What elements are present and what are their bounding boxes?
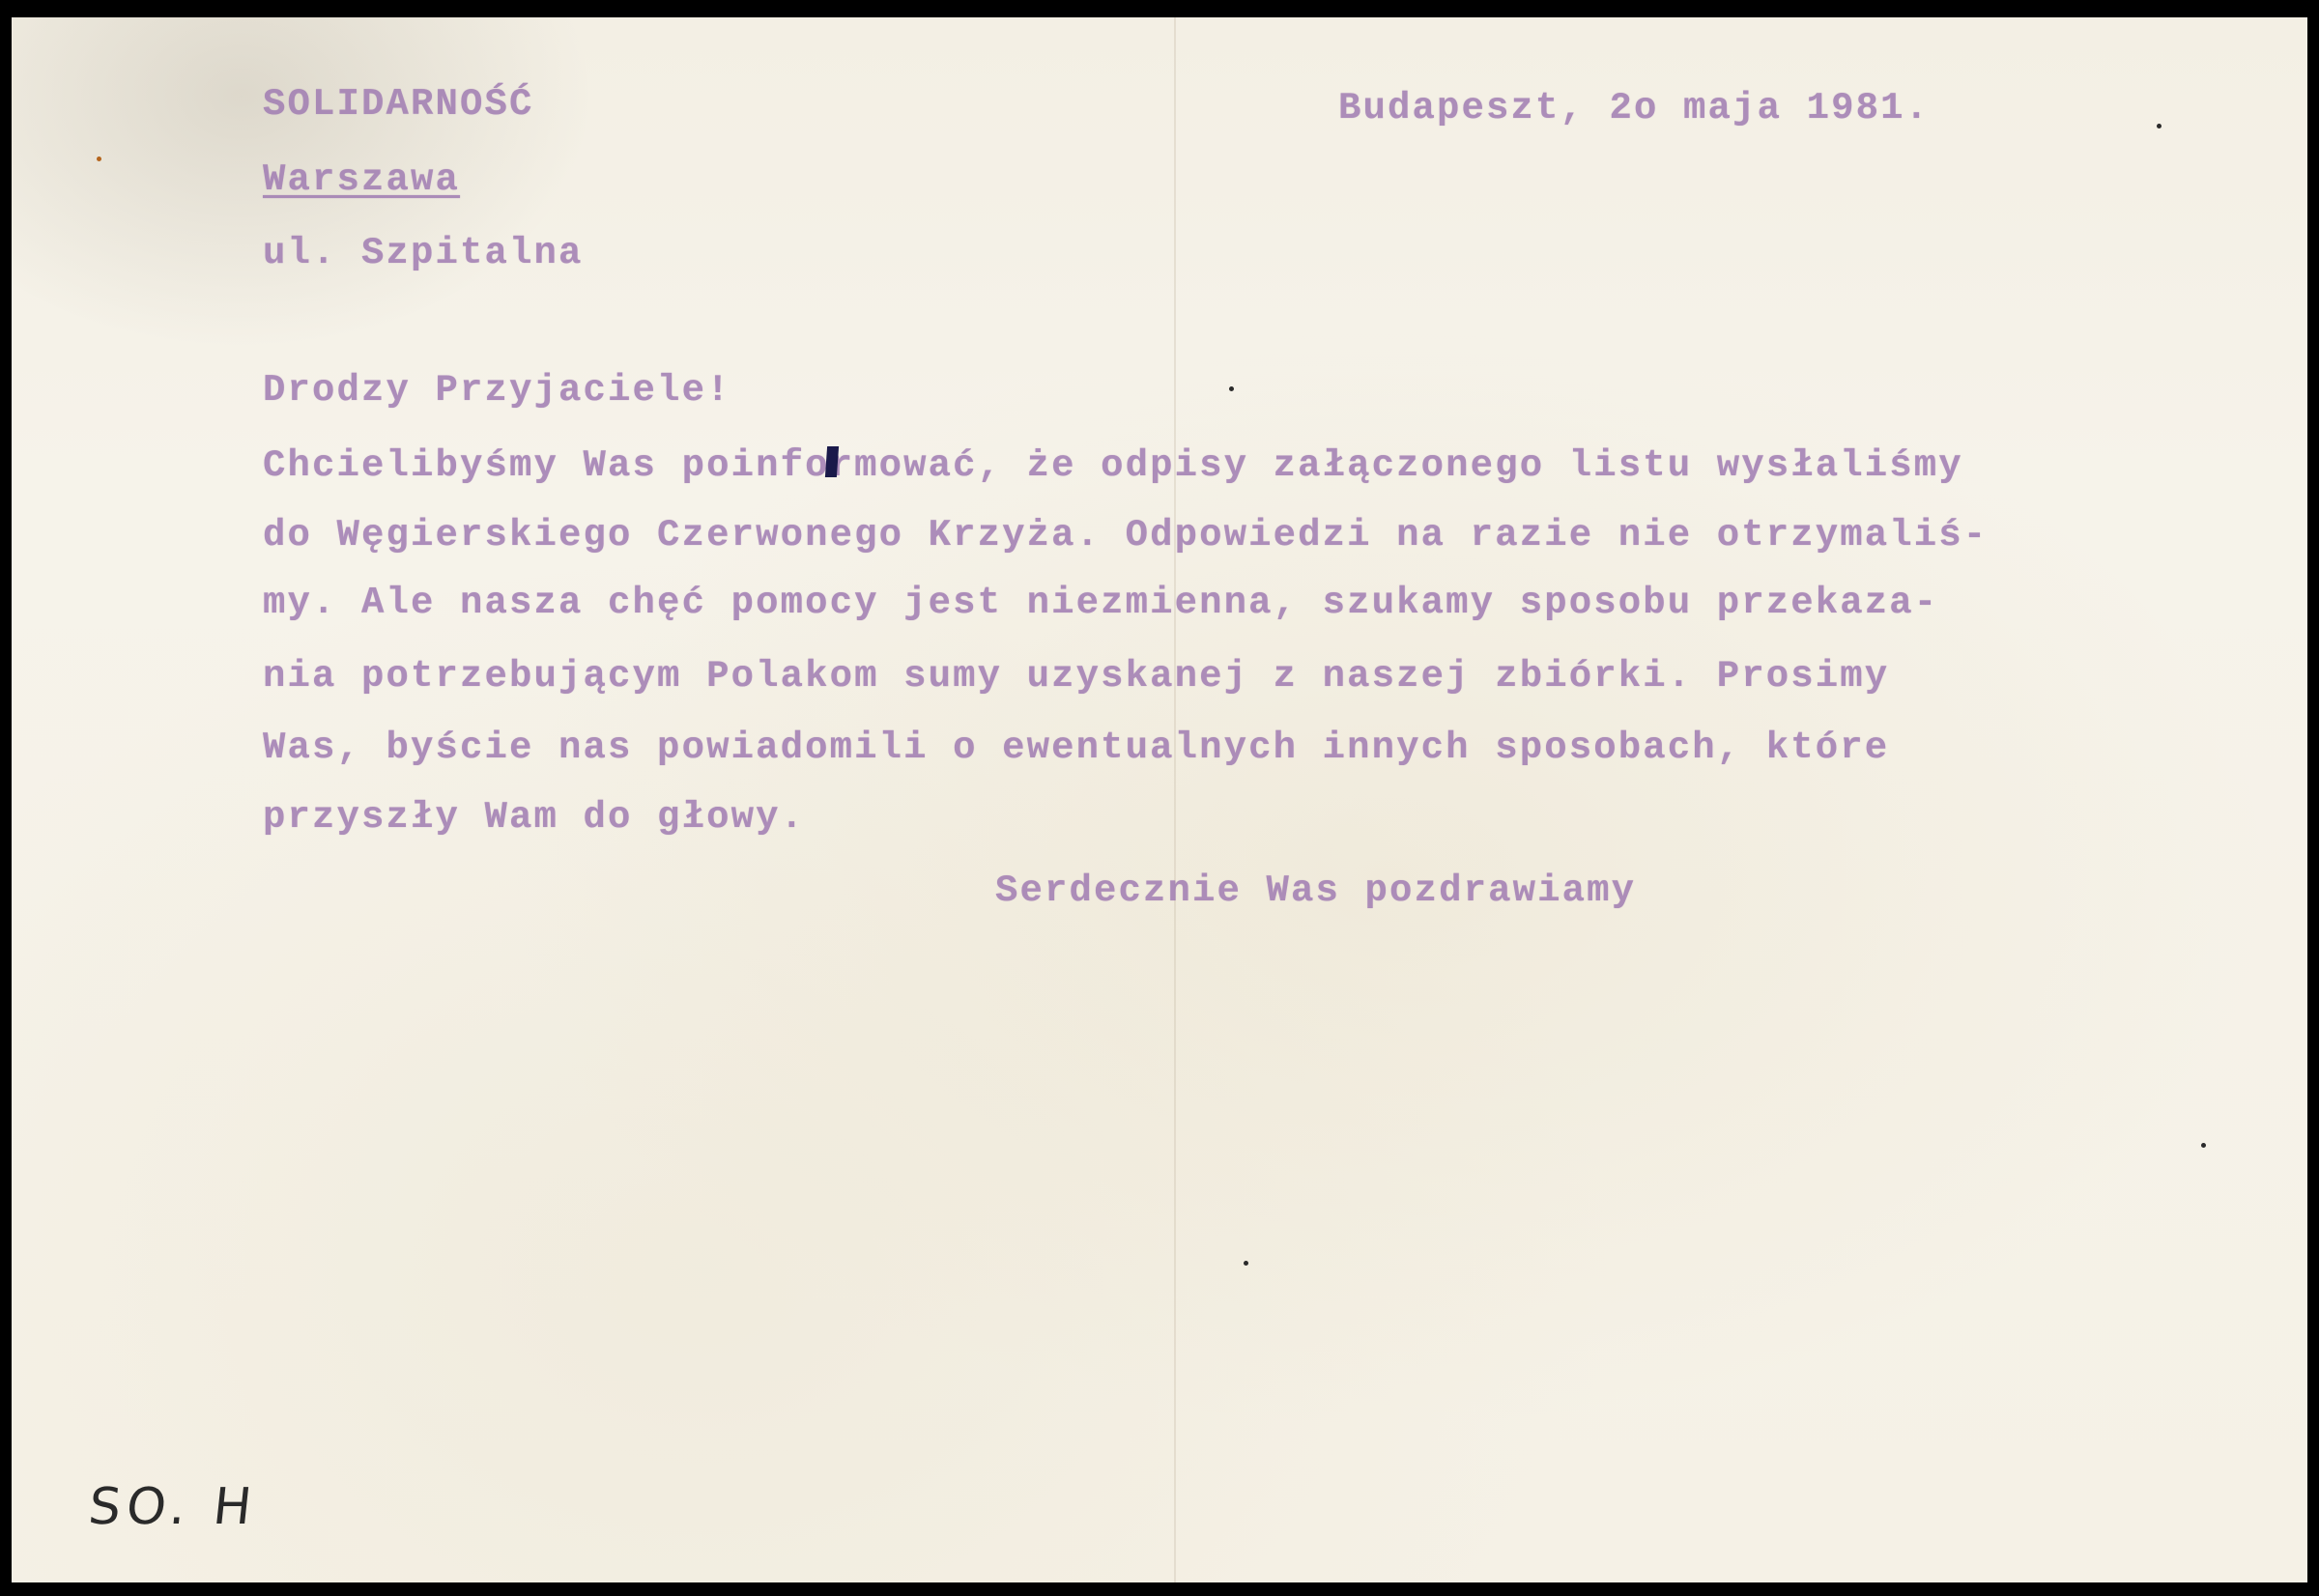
closing: Serdecznie Was pozdrawiamy	[995, 869, 1636, 912]
body-line: do Węgierskiego Czerwonego Krzyża. Odpow…	[263, 514, 1988, 556]
ink-correction-mark	[825, 446, 839, 477]
paper-speck	[1244, 1261, 1248, 1266]
body-line: Chcielibyśmy Was poinformować, że odpisy…	[263, 444, 1963, 487]
handwritten-archive-note: SO. H	[86, 1478, 260, 1536]
paper-speck	[97, 157, 101, 161]
body-line: nia potrzebującym Polakom sumy uzyskanej…	[263, 655, 1889, 698]
header-city: Warszawa	[263, 158, 460, 201]
paper-speck	[2201, 1143, 2206, 1148]
paper-speck	[2157, 124, 2162, 128]
header-street: ul. Szpitalna	[263, 232, 584, 274]
body-line: przyszły Wam do głowy.	[263, 796, 805, 839]
greeting: Drodzy Przyjaciele!	[263, 369, 731, 412]
paper-speck	[1229, 386, 1234, 391]
body-line: Was, byście nas powiadomili o ewentualny…	[263, 727, 1889, 769]
paper-fold-crease	[1174, 17, 1176, 1582]
header-organization: SOLIDARNOŚĆ	[263, 83, 534, 126]
place-date: Budapeszt, 2o maja 1981.	[1338, 87, 1930, 129]
body-line: my. Ale nasza chęć pomocy jest niezmienn…	[263, 582, 1938, 624]
